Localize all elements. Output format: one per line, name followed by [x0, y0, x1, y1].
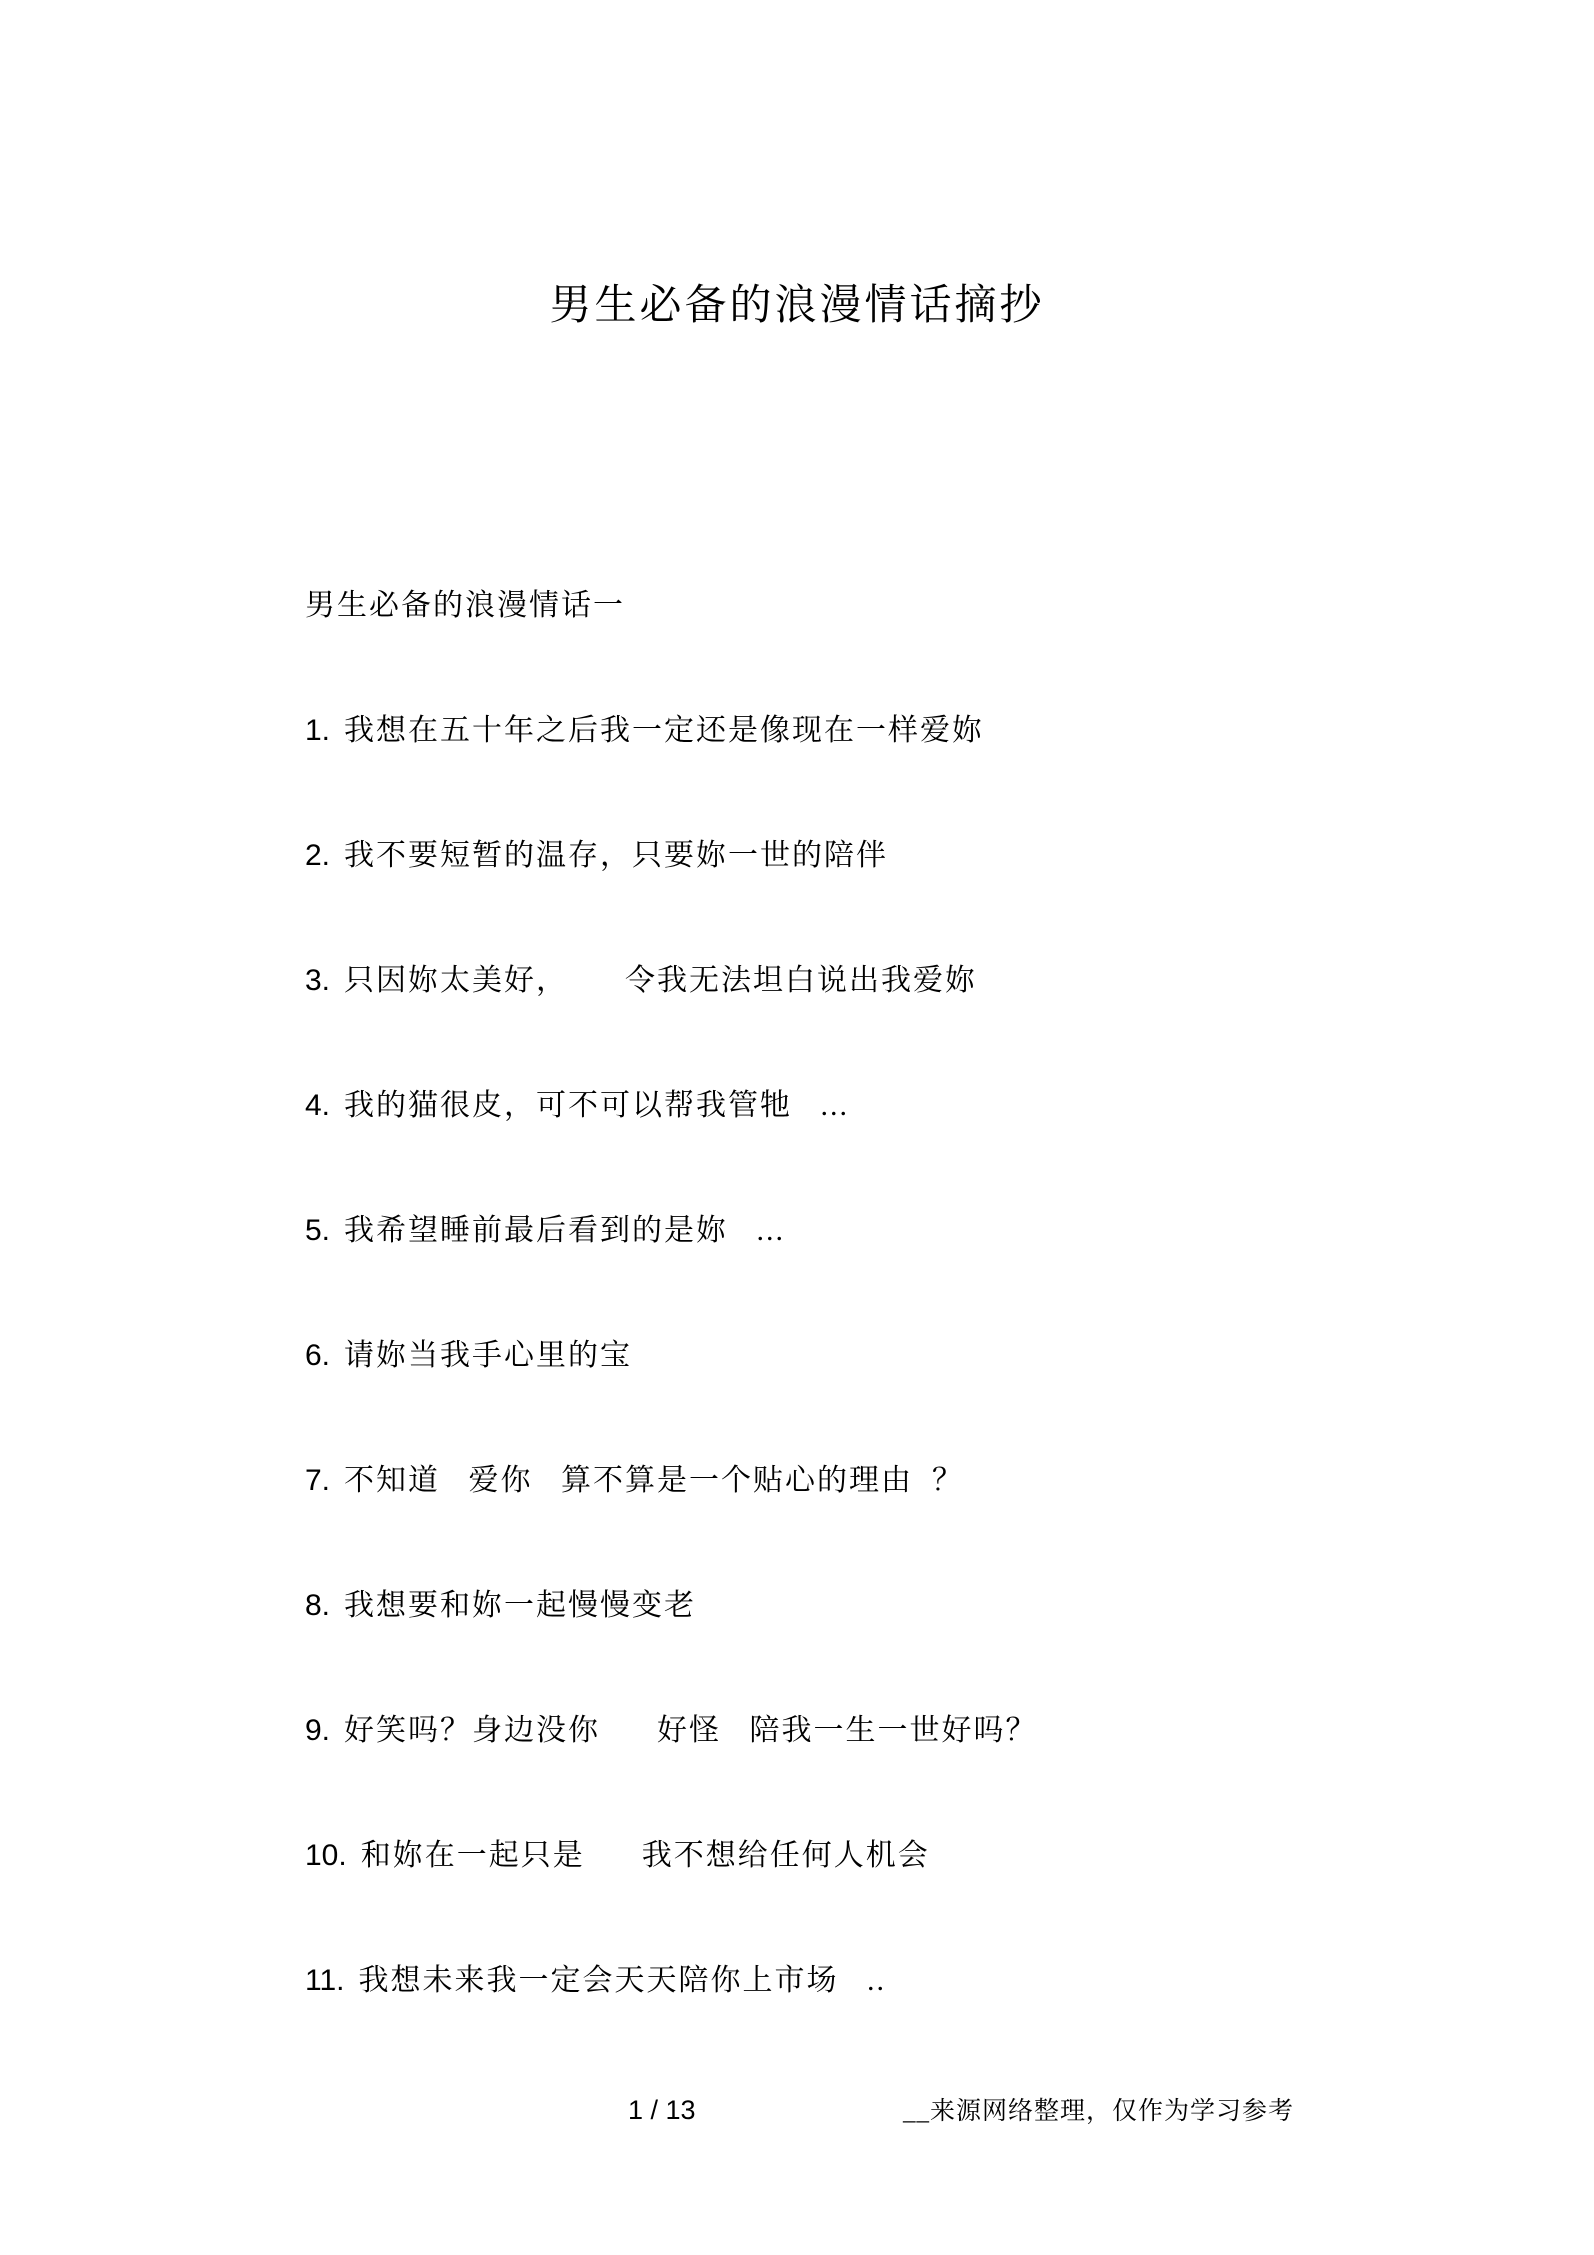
page-number: 1 / 13 — [628, 2095, 696, 2125]
item-text: 我的猫很皮，可不可以帮我管牠 ... — [344, 1089, 849, 1122]
item-number: 7. — [305, 1464, 330, 1497]
list-item: 4.我的猫很皮，可不可以帮我管牠 ... — [305, 1086, 1425, 1126]
list-item: 3.只因妳太美好， 令我无法坦白说出我爱妳 — [305, 961, 1425, 1001]
item-text: 只因妳太美好， 令我无法坦白说出我爱妳 — [344, 964, 977, 997]
footer-note: __来源网络整理，仅作为学习参考 — [903, 2097, 1294, 2127]
item-number: 5. — [305, 1214, 330, 1247]
item-number: 4. — [305, 1089, 330, 1122]
list-item: 7.不知道 爱你 算不算是一个贴心的理由 ？ — [305, 1461, 1425, 1501]
list-item: 9.好笑吗？身边没你 好怪 陪我一生一世好吗？ — [305, 1711, 1425, 1751]
list-item: 2.我不要短暂的温存，只要妳一世的陪伴 — [305, 836, 1425, 876]
item-number: 3. — [305, 964, 330, 997]
item-number: 6. — [305, 1339, 330, 1372]
item-text: 和妳在一起只是 我不想给任何人机会 — [361, 1839, 930, 1872]
list-item: 8.我想要和妳一起慢慢变老 — [305, 1586, 1425, 1626]
item-text: 我想未来我一定会天天陪你上市场 .. — [358, 1964, 886, 1997]
document-body: 男生必备的浪漫情话一 1.我想在五十年之后我一定还是像现在一样爱妳 2.我不要短… — [305, 586, 1425, 2001]
item-text: 好笑吗？身边没你 好怪 陪我一生一世好吗？ — [344, 1714, 1038, 1747]
item-number: 10. — [305, 1839, 347, 1872]
list-item: 11.我想未来我一定会天天陪你上市场 .. — [305, 1961, 1425, 2001]
document-page: 男生必备的浪漫情话摘抄 男生必备的浪漫情话一 1.我想在五十年之后我一定还是像现… — [0, 0, 1594, 2255]
list-item: 1.我想在五十年之后我一定还是像现在一样爱妳 — [305, 711, 1425, 751]
item-text: 请妳当我手心里的宝 — [344, 1339, 632, 1372]
item-number: 1. — [305, 714, 330, 747]
item-text: 我希望睡前最后看到的是妳 ... — [344, 1214, 785, 1247]
list-item: 10.和妳在一起只是 我不想给任何人机会 — [305, 1836, 1425, 1876]
item-text: 我不要短暂的温存，只要妳一世的陪伴 — [344, 839, 888, 872]
item-text: 不知道 爱你 算不算是一个贴心的理由 ？ — [344, 1464, 964, 1497]
item-text: 我想在五十年之后我一定还是像现在一样爱妳 — [344, 714, 984, 747]
item-number: 9. — [305, 1714, 330, 1747]
list-item: 6.请妳当我手心里的宝 — [305, 1336, 1425, 1376]
page-title: 男生必备的浪漫情话摘抄 — [0, 283, 1594, 329]
item-number: 8. — [305, 1589, 330, 1622]
section-heading: 男生必备的浪漫情话一 — [305, 586, 1425, 626]
item-text: 我想要和妳一起慢慢变老 — [344, 1589, 696, 1622]
item-number: 11. — [305, 1964, 344, 1997]
list-item: 5.我希望睡前最后看到的是妳 ... — [305, 1211, 1425, 1251]
item-number: 2. — [305, 839, 330, 872]
